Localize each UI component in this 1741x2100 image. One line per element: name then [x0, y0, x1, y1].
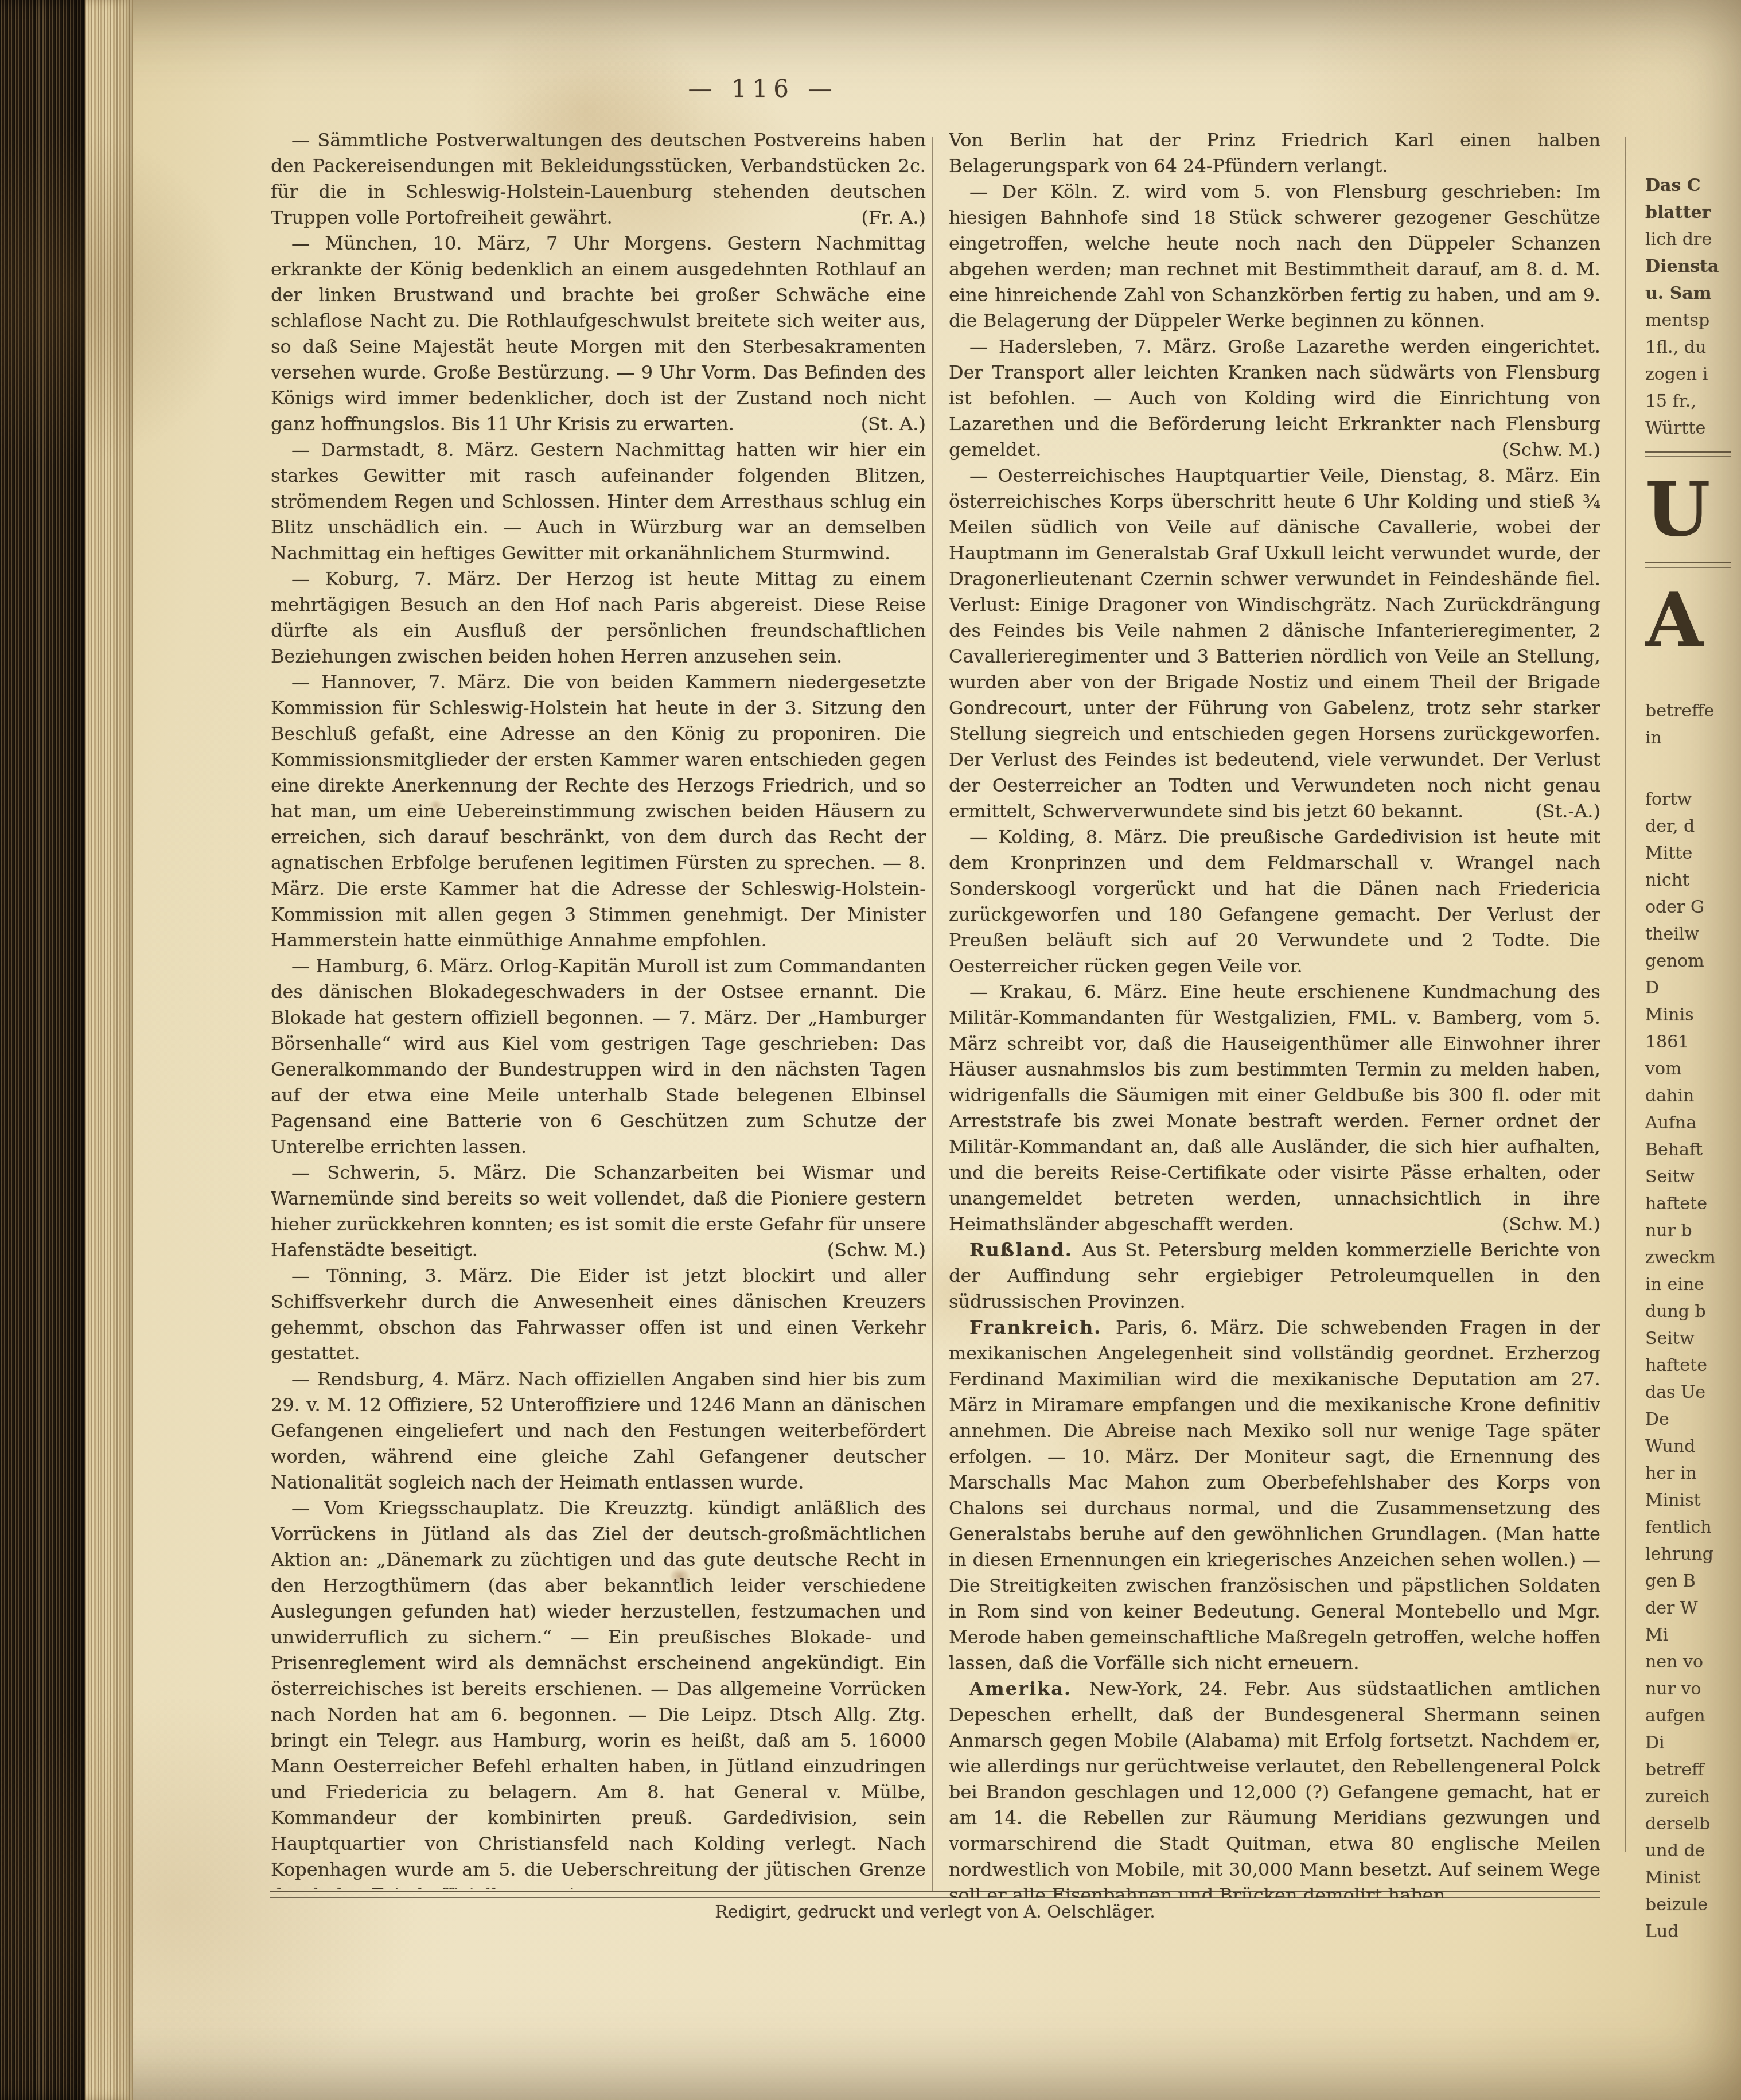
cutoff-text-fragment: Seitw — [1645, 1325, 1741, 1352]
cutoff-text-fragment: in eine — [1645, 1271, 1741, 1298]
cutoff-text-fragment: dung b — [1645, 1298, 1741, 1325]
cutoff-text-fragment: aufgen — [1645, 1702, 1741, 1729]
cutoff-text-fragment: Minist — [1645, 1864, 1741, 1891]
cutoff-text-fragment: 15 fr., — [1645, 388, 1741, 415]
cutoff-text-fragment: u. Sam — [1645, 280, 1741, 307]
cutoff-text-fragment: Diensta — [1645, 253, 1741, 280]
cutoff-text-fragment: zogen i — [1645, 361, 1741, 388]
news-paragraph: — Rendsburg, 4. März. Nach offiziellen A… — [271, 1366, 926, 1495]
source-tag: (Schw. M.) — [1481, 437, 1600, 463]
source-tag: (Fr. A.) — [840, 205, 926, 231]
section-lead: Frankreich. — [969, 1316, 1116, 1338]
cutoff-divider-rule — [1645, 451, 1731, 457]
imprint-line: Redigirt, gedruckt und verlegt von A. Oe… — [270, 1902, 1600, 1922]
cutoff-text-fragment: vom — [1645, 1055, 1741, 1082]
news-paragraph: Von Berlin hat der Prinz Friedrich Karl … — [949, 127, 1600, 179]
source-tag: (St. A.) — [840, 411, 926, 437]
section-lead: Rußland. — [969, 1239, 1082, 1261]
cutoff-text-fragment: in — [1645, 724, 1741, 751]
cutoff-text-fragment: haftete — [1645, 1190, 1741, 1217]
cutoff-text-fragment: derselb — [1645, 1810, 1741, 1837]
cutoff-text-fragment: theilw — [1645, 921, 1741, 948]
cutoff-text-fragment: Mitte — [1645, 840, 1741, 867]
cutoff-text-fragment: Mi — [1645, 1622, 1741, 1649]
cutoff-divider-rule — [1645, 562, 1731, 568]
cutoff-text-fragment: Lud — [1645, 1918, 1741, 1945]
cutoff-gap — [1645, 1945, 1741, 1962]
cutoff-text-fragment: D — [1645, 975, 1741, 1002]
cutoff-text-fragment: der, d — [1645, 813, 1741, 840]
cutoff-text-fragment: gen B — [1645, 1568, 1741, 1595]
news-paragraph: Rußland. Aus St. Petersburg melden komme… — [949, 1237, 1600, 1315]
cutoff-text-fragment: Behaft — [1645, 1136, 1741, 1163]
cutoff-text-fragment: zureich — [1645, 1783, 1741, 1810]
cutoff-text-fragment: Di — [1645, 1729, 1741, 1756]
page-number: — 116 — — [620, 75, 906, 103]
news-paragraph: — Kolding, 8. März. Die preußische Garde… — [949, 824, 1600, 979]
news-paragraph: — Der Köln. Z. wird vom 5. von Flensburg… — [949, 179, 1600, 334]
cutoff-text-fragment: her in — [1645, 1460, 1741, 1487]
news-paragraph: — Hannover, 7. März. Die von beiden Kamm… — [271, 669, 926, 953]
news-paragraph: — Oesterreichisches Hauptquartier Veile,… — [949, 463, 1600, 824]
cutoff-text-fragment: oder G — [1645, 894, 1741, 921]
cutoff-text-fragment: Aufna — [1645, 1109, 1741, 1136]
cutoff-text-fragment: und de — [1645, 1837, 1741, 1864]
news-paragraph: — Krakau, 6. März. Eine heute erschienen… — [949, 979, 1600, 1237]
cutoff-text-fragment: fentlich — [1645, 1514, 1741, 1541]
news-paragraph: — Hamburg, 6. März. Orlog-Kapitän Muroll… — [271, 953, 926, 1160]
cutoff-text-fragment: nen vo — [1645, 1649, 1741, 1676]
cutoff-text-fragment: haftete — [1645, 1352, 1741, 1379]
cutoff-text-fragment: nur b — [1645, 1217, 1741, 1244]
book-binding-edge — [0, 0, 85, 2100]
page-background: — 116 — — Sämmtliche Postverwaltungen de… — [0, 0, 1741, 2100]
source-tag: (Schw. M.) — [807, 1237, 926, 1263]
source-tag: (St.-A.) — [1514, 798, 1600, 824]
section-lead: Amerika. — [969, 1678, 1089, 1700]
newspaper-column-right: Von Berlin hat der Prinz Friedrich Karl … — [949, 127, 1600, 1898]
page-edge-rule — [1625, 137, 1626, 1852]
cutoff-text-fragment: dahin — [1645, 1082, 1741, 1109]
news-paragraph: Amerika. New-York, 24. Febr. Aus südstaa… — [949, 1676, 1600, 1898]
cutoff-text-fragment: blatter — [1645, 199, 1741, 226]
news-paragraph: Frankreich. Paris, 6. März. Die schweben… — [949, 1315, 1600, 1676]
news-paragraph: — Vom Kriegsschauplatz. Die Kreuzztg. kü… — [271, 1495, 926, 1889]
cutoff-masthead-letter: A — [1645, 577, 1741, 663]
cutoff-text-fragment: Das C — [1645, 172, 1741, 199]
cutoff-text-fragment: das Ue — [1645, 1379, 1741, 1406]
cutoff-text-fragment: betreffe — [1645, 698, 1741, 724]
news-paragraph: — München, 10. März, 7 Uhr Morgens. Gest… — [271, 231, 926, 437]
cutoff-text-fragment: Wund — [1645, 1433, 1741, 1460]
cutoff-text-fragment: mentsp — [1645, 307, 1741, 334]
cutoff-text-fragment: fortw — [1645, 786, 1741, 813]
news-paragraph: — Sämmtliche Postverwaltungen des deutsc… — [271, 127, 926, 231]
cutoff-text-fragment: lehrung — [1645, 1541, 1741, 1568]
cutoff-text-fragment: beizule — [1645, 1891, 1741, 1918]
cutoff-text-fragment: Württe — [1645, 415, 1741, 442]
cutoff-gap — [1645, 751, 1741, 786]
news-paragraph: — Tönning, 3. März. Die Eider ist jetzt … — [271, 1263, 926, 1366]
cutoff-text-fragment: Minist — [1645, 1487, 1741, 1514]
cutoff-text-fragment: betreff — [1645, 1756, 1741, 1783]
news-paragraph: — Hadersleben, 7. März. Große Lazarethe … — [949, 334, 1600, 463]
cutoff-text-fragment: nicht — [1645, 867, 1741, 894]
cutoff-masthead-letter: U — [1645, 466, 1741, 552]
next-page-cutoff-column: Das Cblatterlich dreDienstau. Sammentsp1… — [1645, 172, 1741, 1962]
cutoff-text-fragment: 1861 — [1645, 1028, 1741, 1055]
news-paragraph: — Schwerin, 5. März. Die Schanzarbeiten … — [271, 1160, 926, 1263]
cutoff-text-fragment: lich dre — [1645, 226, 1741, 253]
cutoff-text-fragment: nur vo — [1645, 1676, 1741, 1702]
news-paragraph: — Koburg, 7. März. Der Herzog ist heute … — [271, 566, 926, 669]
newspaper-column-left: — Sämmtliche Postverwaltungen des deutsc… — [271, 127, 926, 1889]
cutoff-text-fragment: 1fl., du — [1645, 334, 1741, 361]
source-tag: (Schw. M.) — [1481, 1211, 1600, 1237]
cutoff-text-fragment: De — [1645, 1406, 1741, 1433]
cutoff-text-fragment: der W — [1645, 1595, 1741, 1622]
cutoff-gap — [1645, 663, 1741, 698]
cutoff-text-fragment: Seitw — [1645, 1163, 1741, 1190]
cutoff-text-fragment: zweckm — [1645, 1244, 1741, 1271]
page-stack-edge — [85, 0, 133, 2100]
column-divider-rule — [932, 137, 933, 1891]
cutoff-text-fragment: genom — [1645, 948, 1741, 975]
footer-divider-rule — [270, 1891, 1600, 1898]
cutoff-text-fragment: Minis — [1645, 1002, 1741, 1028]
news-paragraph: — Darmstadt, 8. März. Gestern Nachmittag… — [271, 437, 926, 566]
